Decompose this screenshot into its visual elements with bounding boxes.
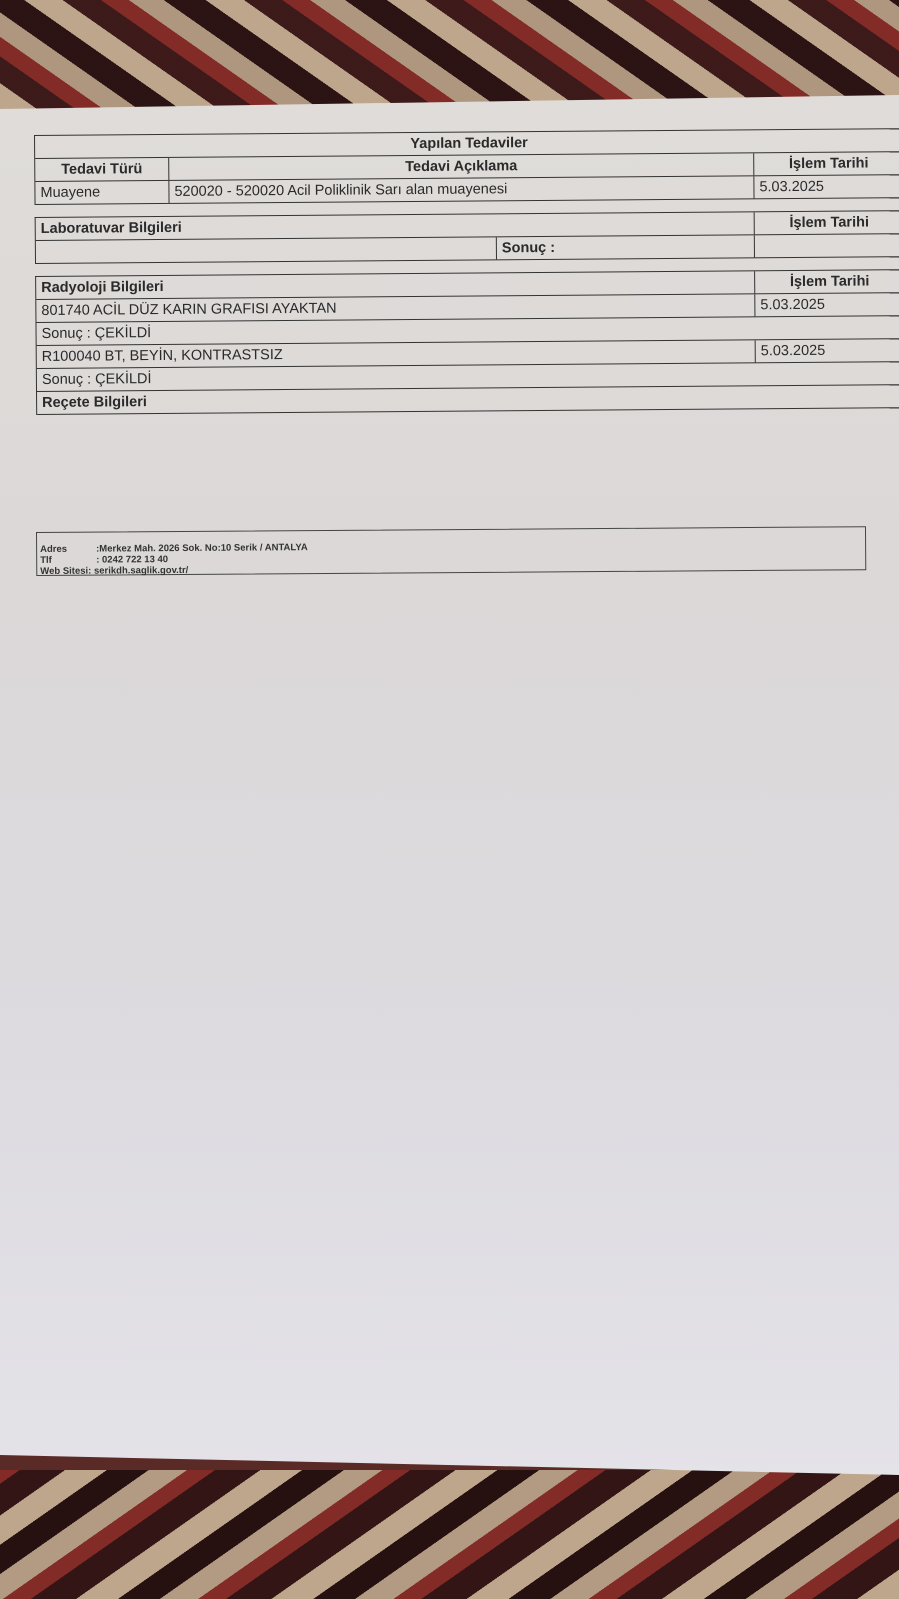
- radiology-date-header: İşlem Tarihi: [754, 270, 899, 293]
- laboratory-date-header: İşlem Tarihi: [754, 211, 899, 234]
- radiology-table: Radyoloji Bilgileri İşlem Tarihi 801740 …: [35, 269, 899, 415]
- hospital-contact-box: Adres :Merkez Mah. 2026 Sok. No:10 Serik…: [36, 526, 866, 576]
- header-treatment-description: Tedavi Açıklama: [168, 153, 753, 180]
- treatments-table: Yapılan Tedaviler Tedavi Türü Tedavi Açı…: [34, 128, 899, 205]
- website-value: serikdh.saglik.gov.tr/: [94, 565, 188, 577]
- laboratory-table: Laboratuvar Bilgileri İşlem Tarihi Sonuç…: [35, 210, 899, 264]
- radiology-item-date: 5.03.2025: [754, 293, 899, 316]
- address-value: :Merkez Mah. 2026 Sok. No:10 Serik / ANT…: [96, 542, 308, 554]
- laboratory-date: [754, 234, 899, 257]
- carpet-background-top: [0, 0, 899, 110]
- header-treatment-type: Tedavi Türü: [35, 158, 168, 181]
- medical-report: Yapılan Tedaviler Tedavi Türü Tedavi Açı…: [34, 128, 899, 415]
- phone-value: : 0242 722 13 40: [96, 554, 168, 566]
- treatment-description: 520020 - 520020 Acil Poliklinik Sarı ala…: [168, 176, 753, 203]
- laboratory-empty-cell: [36, 237, 496, 263]
- header-process-date: İşlem Tarihi: [753, 152, 899, 175]
- website-label: Web Sitesi:: [40, 566, 91, 577]
- carpet-background-bottom: [0, 1470, 899, 1599]
- laboratory-result-label: Sonuç :: [496, 235, 754, 259]
- radiology-item-date: 5.03.2025: [755, 339, 899, 362]
- treatment-date: 5.03.2025: [753, 175, 899, 198]
- address-label: Adres: [40, 544, 96, 555]
- phone-label: Tlf: [40, 555, 96, 566]
- treatment-type: Muayene: [35, 181, 168, 204]
